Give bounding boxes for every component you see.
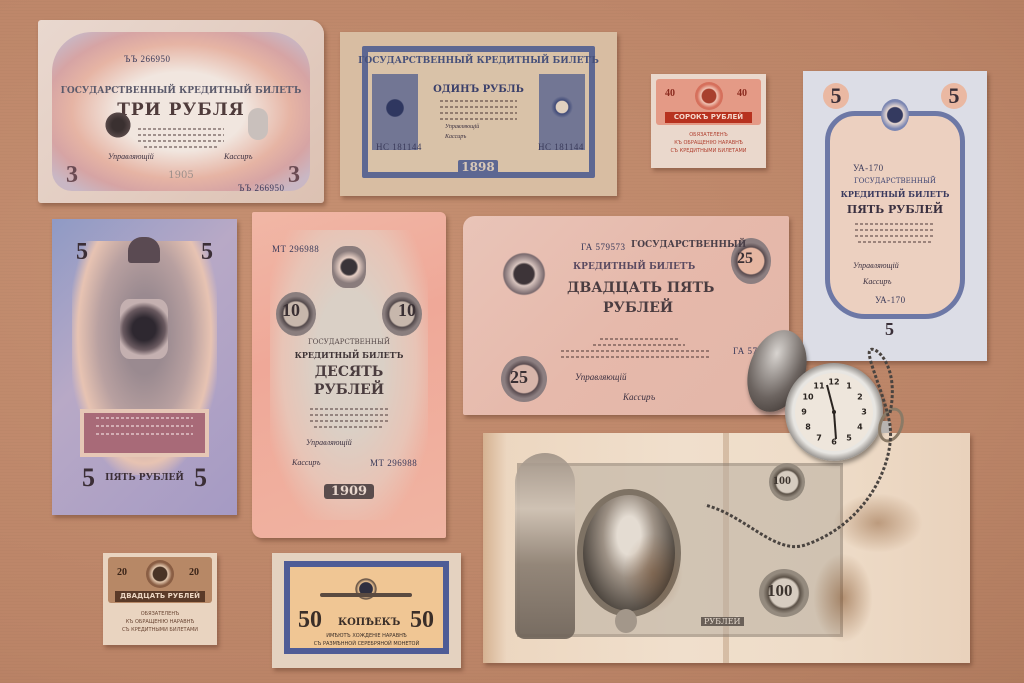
corner-denomination: 5 <box>76 239 88 266</box>
sign-right-label: Кассиръ <box>292 458 321 467</box>
ten-ruble-note: МТ 296988 10 10 ГОСУДАРСТВЕННЫЙ КРЕДИТНЫ… <box>252 212 446 538</box>
twenty-ruble-note: 20 20 ДВАДЦАТЬ РУБЛЕЙ ОБЯЗАТЕЛЕНЪ КЪ ОБР… <box>103 553 217 645</box>
corner-denomination: 100 <box>767 581 793 601</box>
five-ruble-note-front: 5 5 УА-170 ГОСУДАРСТВЕННЫЙ КРЕДИТНЫЙ БИЛ… <box>803 71 987 361</box>
corner-denomination: 25 <box>737 250 753 268</box>
serial-number-bottom: МТ 296988 <box>370 458 417 468</box>
note-header-1: ГОСУДАРСТВЕННЫЙ <box>252 338 446 346</box>
sign-right-label: Кассиръ <box>445 134 466 140</box>
text-line: ОБЯЗАТЕЛЕНЪ <box>651 132 766 138</box>
medusa-mask <box>615 609 637 633</box>
text-line: СЪ РАЗМѢННОЙ СЕРЕБРЯНОЙ МОНЕТОЙ <box>272 641 461 647</box>
note-header-2: КРЕДИТНЫЙ БИЛЕТЪ <box>803 189 987 199</box>
sign-left-label: Управляющій <box>445 124 479 130</box>
text-line: КЪ ОБРАЩЕНІЮ НАРАВНѢ <box>651 140 766 146</box>
double-eagle-emblem <box>382 92 408 124</box>
serial-number-top: МТ 296988 <box>272 244 319 254</box>
denomination-band: ДВАДЦАТЬ РУБЛЕЙ <box>115 591 205 602</box>
double-eagle-emblem <box>146 560 174 588</box>
note-denomination-1: ДЕСЯТЬ <box>252 364 446 380</box>
serial-number-top: УА-170 <box>853 163 884 173</box>
note-denomination-2: РУБЛЕЙ <box>252 382 446 398</box>
denomination-band: СОРОКЪ РУБЛЕЙ <box>665 112 752 123</box>
note-denomination: ПЯТЬ РУБЛЕЙ <box>52 473 237 483</box>
serial-number-left: НС 181144 <box>376 142 422 152</box>
note-denomination: ПЯТЬ РУБЛЕЙ <box>803 203 987 216</box>
note-header-1: ГОСУДАРСТВЕННЫЙ <box>803 177 987 185</box>
denomination-label: РУБЛЕЙ <box>701 617 744 626</box>
note-header: ГОСУДАРСТВЕННЫЙ КРЕДИТНЫЙ БИЛЕТЪ <box>340 56 617 66</box>
three-ruble-note: ЪЪ 266950 ГОСУДАРСТВЕННЫЙ КРЕДИТНЫЙ БИЛЕ… <box>38 20 324 203</box>
photo-canvas: { "scene": { "description": "Flat-lay ph… <box>0 0 1024 683</box>
one-ruble-note: ГОСУДАРСТВЕННЫЙ КРЕДИТНЫЙ БИЛЕТЪ ОДИНЪ Р… <box>340 32 617 196</box>
note-denomination-1: ДВАДЦАТЬ ПЯТЬ <box>567 280 714 296</box>
value-right: 20 <box>189 567 199 578</box>
note-header-1: ГОСУДАРСТВЕННЫЙ <box>631 240 746 250</box>
value-left: 40 <box>665 88 675 99</box>
value-right: 40 <box>737 88 747 99</box>
sign-right-label: Кассиръ <box>863 277 892 286</box>
note-denomination: КОПѢЕКЪ <box>338 617 400 628</box>
bottom-denomination-right: 5 <box>194 463 207 493</box>
serial-number-top: ЪЪ 266950 <box>124 54 170 64</box>
note-denomination: ТРИ РУБЛЯ <box>38 100 324 120</box>
watch-chain-icon <box>685 325 955 555</box>
note-denomination-2: РУБЛЕЙ <box>603 300 673 316</box>
forty-ruble-note: 40 40 СОРОКЪ РУБЛЕЙ ОБЯЗАТЕЛЕНЪ КЪ ОБРАЩ… <box>651 74 766 168</box>
text-line: ОБЯЗАТЕЛЕНЪ <box>103 611 217 617</box>
note-header-2: КРЕДИТНЫЙ БИЛЕТЪ <box>573 262 695 272</box>
note-year: 1898 <box>458 160 498 174</box>
watermark-emblem <box>248 108 268 140</box>
crown-icon <box>128 237 160 263</box>
value-left: 50 <box>298 607 322 634</box>
sign-right-label: Кассиръ <box>224 152 253 161</box>
value-left: 20 <box>117 567 127 578</box>
sign-left-label: Управляющій <box>853 261 899 270</box>
corner-denomination: 5 <box>941 83 967 109</box>
double-eagle-emblem <box>332 246 366 288</box>
note-header-2: КРЕДИТНЫЙ БИЛЕТЪ <box>252 350 446 360</box>
double-eagle-emblem <box>501 248 547 300</box>
corner-denomination: 3 <box>66 162 78 189</box>
serial-number-bottom: ЪЪ 266950 <box>238 183 284 193</box>
pocket-watch: 121234567891011 <box>745 325 955 555</box>
corner-denomination: 5 <box>201 239 213 266</box>
value-right: 50 <box>410 607 434 634</box>
serial-number-right: НС 181144 <box>538 142 584 152</box>
double-eagle-emblem <box>881 99 909 131</box>
allegorical-figure <box>515 453 575 639</box>
corner-denomination: 10 <box>282 300 300 321</box>
stain <box>623 533 683 613</box>
corner-denomination: 10 <box>398 300 416 321</box>
corner-denomination: 25 <box>510 367 528 388</box>
note-header: ГОСУДАРСТВЕННЫЙ КРЕДИТНЫЙ БИЛЕТЪ <box>38 86 324 96</box>
sign-right-label: Кассиръ <box>623 392 655 402</box>
text-line: СЪ КРЕДИТНЫМИ БИЛЕТАМИ <box>103 627 217 633</box>
text-line: КЪ ОБРАЩЕНІЮ НАРАВНѢ <box>103 619 217 625</box>
double-eagle-emblem <box>120 299 168 359</box>
double-eagle-emblem <box>354 575 378 603</box>
seal-emblem <box>549 92 575 122</box>
laurel-branches <box>320 593 412 597</box>
text-line: СЪ КРЕДИТНЫМИ БИЛЕТАМИ <box>651 148 766 154</box>
sign-left-label: Управляющій <box>108 152 154 161</box>
serial-number-top: ГА 579573 <box>581 242 625 252</box>
note-denomination: ОДИНЪ РУБЛЬ <box>340 84 617 95</box>
five-ruble-note-back: 5 5 5 ПЯТЬ РУБЛЕЙ 5 <box>52 219 237 515</box>
serial-number-bottom: УА-170 <box>875 295 906 305</box>
double-eagle-emblem <box>695 82 723 110</box>
note-year: 1909 <box>324 484 374 499</box>
note-year: 1905 <box>38 170 324 181</box>
double-eagle-emblem <box>104 110 132 140</box>
fifty-kopeck-note: 50 КОПѢЕКЪ 50 ИМѢЮТЪ ХОЖДЕНІЕ НАРАВНѢ СЪ… <box>272 553 461 668</box>
sign-left-label: Управляющій <box>575 372 626 382</box>
sign-left-label: Управляющій <box>306 438 352 447</box>
stain <box>813 553 873 643</box>
corner-denomination: 5 <box>823 83 849 109</box>
corner-denomination: 3 <box>288 162 300 189</box>
text-line: ИМѢЮТЪ ХОЖДЕНІЕ НАРАВНѢ <box>272 633 461 639</box>
